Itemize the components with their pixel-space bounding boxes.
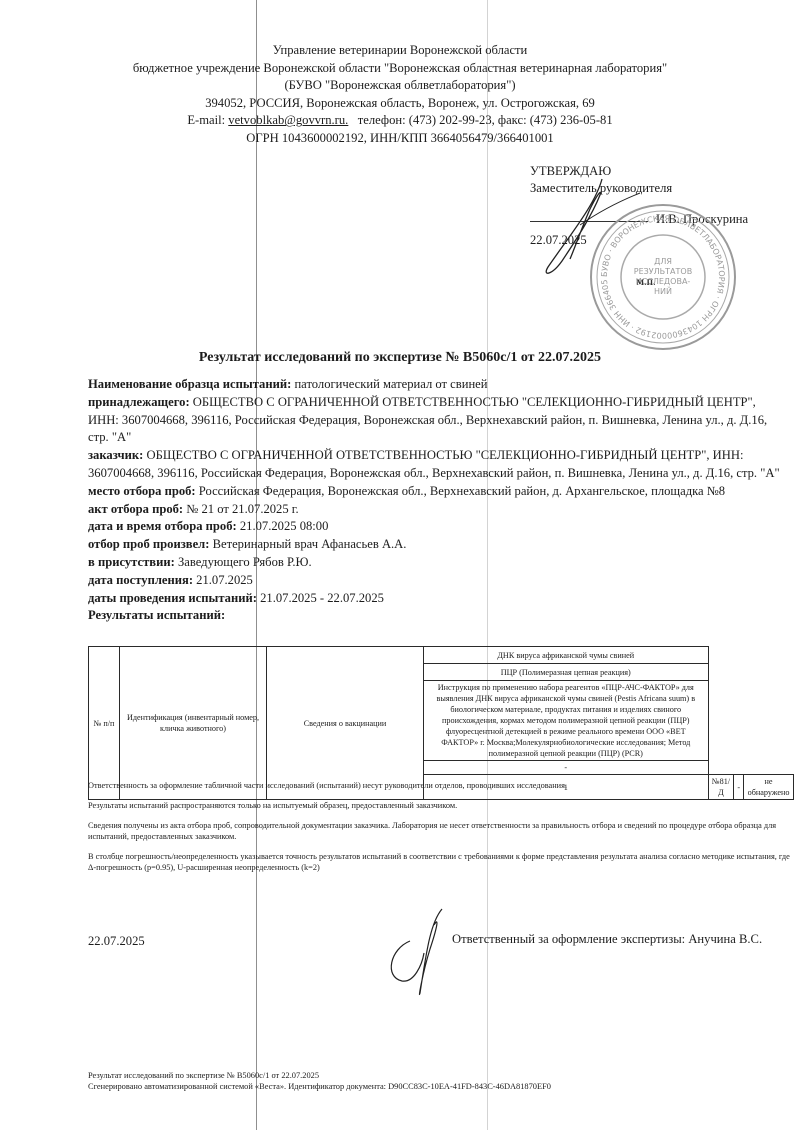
header-registration: ОГРН 1043600002192, ИНН/КПП 3664056479/3… — [0, 130, 800, 148]
letterhead: Управление ветеринарии Воронежской облас… — [0, 42, 800, 148]
method-document: Инструкция по применению набора реагенто… — [424, 681, 709, 761]
note: В столбце погрешность/неопределенность у… — [88, 851, 798, 873]
method-short: ПЦР (Полимеразная цепная реакция) — [424, 664, 709, 681]
field-sampling-place: место отбора проб: Российская Федерация,… — [88, 483, 788, 501]
header-authority: Управление ветеринарии Воронежской облас… — [0, 42, 800, 60]
col-header-identification: Идентификация (инвентарный номер, кличка… — [120, 647, 267, 800]
note: Ответственность за оформление табличной … — [88, 780, 798, 791]
field-receipt-date: дата поступления: 21.07.2025 — [88, 572, 788, 590]
header-address: 394052, РОССИЯ, Воронежская область, Вор… — [0, 95, 800, 113]
col-header-vaccination: Сведения о вакцинации — [267, 647, 424, 800]
col-header-number: № п/п — [89, 647, 120, 800]
note: Результаты испытаний распространяются то… — [88, 800, 798, 811]
header-contacts: E-mail: vetvoblkab@govvrn.ru. телефон: (… — [0, 112, 800, 130]
field-sampling-act: акт отбора проб: № 21 от 21.07.2025 г. — [88, 501, 788, 519]
signoff-date: 22.07.2025 — [88, 934, 145, 949]
approver-signature-icon — [540, 175, 650, 285]
responsible-signature-icon — [380, 905, 460, 1000]
svg-text:НИЙ: НИЙ — [654, 285, 672, 296]
footer-generated: Сгенерировано автоматизированной системо… — [88, 1081, 551, 1092]
phone-fax: телефон: (473) 202-99-23, факс: (473) 23… — [358, 113, 613, 127]
svg-text:ДЛЯ: ДЛЯ — [654, 257, 672, 266]
field-customer: заказчик: ОБЩЕСТВО С ОГРАНИЧЕННОЙ ОТВЕТС… — [88, 447, 788, 483]
sample-info: Наименование образца испытаний: патологи… — [88, 376, 788, 625]
norm-value: - — [424, 761, 709, 775]
header-short-name: (БУВО "Воронежская облветлаборатория") — [0, 77, 800, 95]
field-witness: в присутствии: Заведующего Рябов Р.Ю. — [88, 554, 788, 572]
responsible-person: Ответственный за оформление экспертизы: … — [452, 932, 762, 947]
results-table: № п/п Идентификация (инвентарный номер, … — [88, 646, 794, 800]
email-label: E-mail: — [187, 113, 225, 127]
document-title: Результат исследований по экспертизе № В… — [0, 350, 800, 366]
document-footer: Результат исследований по экспертизе № В… — [88, 1070, 551, 1092]
email-link[interactable]: vetvoblkab@govvrn.ru. — [228, 113, 348, 127]
header-institution: бюджетное учреждение Воронежской области… — [0, 60, 800, 78]
field-sampler: отбор проб произвел: Ветеринарный врач А… — [88, 536, 788, 554]
results-heading: Результаты испытаний: — [88, 607, 788, 625]
field-sampling-datetime: дата и время отбора проб: 21.07.2025 08:… — [88, 518, 788, 536]
footer-reference: Результат исследований по экспертизе № В… — [88, 1070, 551, 1081]
field-owner: принадлежащего: ОБЩЕСТВО С ОГРАНИЧЕННОЙ … — [88, 394, 788, 447]
notes: Ответственность за оформление табличной … — [88, 780, 798, 882]
note: Сведения получены из акта отбора проб, с… — [88, 820, 798, 842]
field-sample-name: Наименование образца испытаний: патологи… — [88, 376, 788, 394]
indicator-header: ДНК вируса африканской чумы свиней — [424, 647, 709, 664]
field-test-dates: даты проведения испытаний: 21.07.2025 - … — [88, 590, 788, 608]
